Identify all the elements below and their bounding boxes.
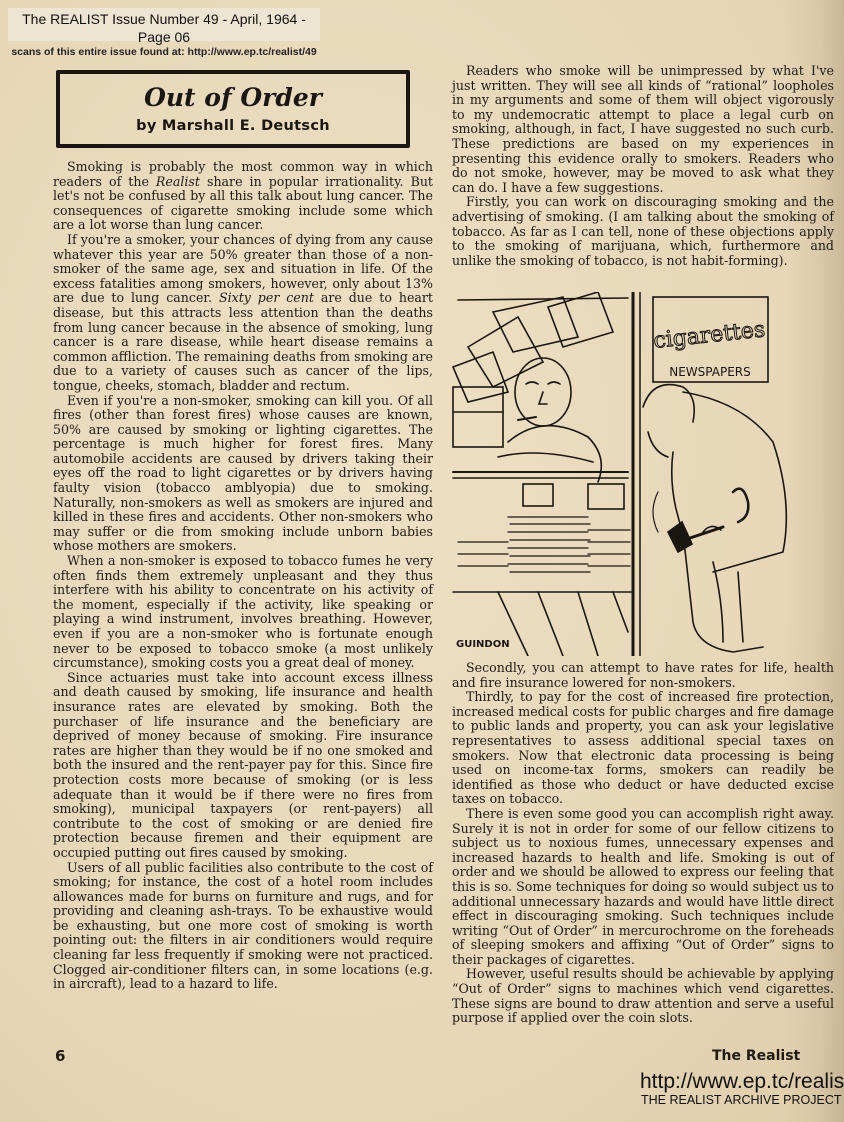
paragraph: Even if you're a non-smoker, smoking can… — [53, 394, 433, 555]
paragraph: Thirdly, to pay for the cost of increase… — [452, 690, 834, 807]
archive-name: THE REALIST ARCHIVE PROJECT — [641, 1093, 842, 1107]
article-title-box: Out of Order by Marshall E. Deutsch — [56, 70, 410, 148]
paragraph: Users of all public facilities also cont… — [53, 861, 433, 992]
article-byline: by Marshall E. Deutsch — [60, 118, 406, 134]
paragraph: Since actuaries must take into account e… — [53, 671, 433, 861]
right-column-bottom: Secondly, you can attempt to have rates … — [452, 661, 834, 1026]
archive-url: http://www.ep.tc/realist — [640, 1070, 844, 1094]
cartoon-drawing-icon: cigarettes NEWSPAPERS GUINDON — [448, 292, 798, 656]
scan-header: The REALIST Issue Number 49 - April, 196… — [8, 8, 320, 41]
page-number: 6 — [55, 1047, 65, 1065]
article-title: Out of Order — [60, 84, 406, 112]
left-column: Smoking is probably the most common way … — [53, 160, 433, 992]
svg-text:NEWSPAPERS: NEWSPAPERS — [669, 365, 751, 379]
cartoon-illustration: cigarettes NEWSPAPERS GUINDON — [448, 292, 798, 656]
magazine-brand: The Realist — [712, 1048, 800, 1064]
paragraph: However, useful results should be achiev… — [452, 967, 834, 1025]
paragraph: Readers who smoke will be unimpressed by… — [452, 64, 834, 195]
scan-header-title: The REALIST Issue Number 49 - April, 196… — [8, 8, 320, 46]
paragraph: When a non-smoker is exposed to tobacco … — [53, 554, 433, 671]
paragraph: There is even some good you can accompli… — [452, 807, 834, 968]
svg-text:cigarettes: cigarettes — [652, 317, 766, 354]
paragraph: Smoking is probably the most common way … — [53, 160, 433, 233]
paragraph: Firstly, you can work on discouraging sm… — [452, 195, 834, 268]
paragraph: If you're a smoker, your chances of dyin… — [53, 233, 433, 394]
cartoonist-signature: GUINDON — [456, 639, 510, 650]
paragraph: Secondly, you can attempt to have rates … — [452, 661, 834, 690]
right-column-top: Readers who smoke will be unimpressed by… — [452, 64, 834, 268]
scan-header-link: scans of this entire issue found at: htt… — [8, 46, 320, 58]
